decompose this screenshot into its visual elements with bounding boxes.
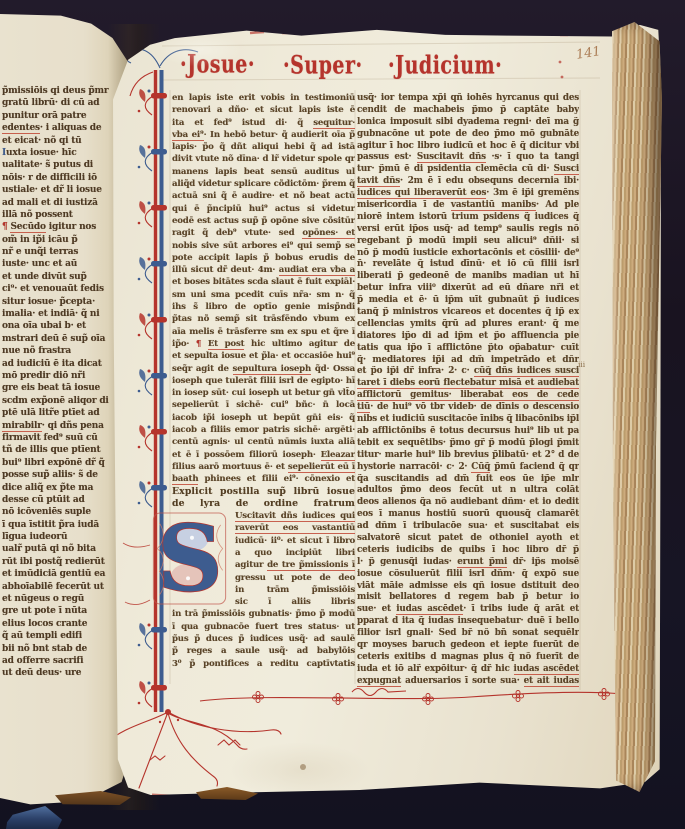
text-line: pparat d ita q̃ iudas insequebatur· duē …: [357, 616, 579, 628]
text-line: Explicit postilla sup̃ librū iosue edita…: [172, 486, 355, 498]
text-line: agitur ī hoc libro iudicū et hoc ē q̃ di…: [357, 141, 579, 153]
text-line: Uscitavit dñs iudices qui libe: [235, 510, 355, 522]
text-line: qr moyses baruch gedeon et iepte fuerūt …: [357, 640, 579, 652]
text-line: filior isrl gnali· Sed br̃ nõ bn̄ sonat …: [357, 628, 579, 640]
explicit-rubric: Explicit postilla sup̃ librū iosue edita…: [172, 486, 355, 511]
text-line: renovari a dño· et sicut lapis iste ē du…: [172, 104, 355, 116]
text-line: regebant p̃ modū impii seu alicui⁹ dñii·…: [357, 236, 579, 248]
text-line: bii nõ bnt stab de: [2, 643, 109, 655]
text-line: dice aliq̃ ex p̃te ma: [2, 482, 109, 494]
text-line: tiū· de hui⁹ vō tbr videb· de dīnis o de…: [357, 402, 579, 414]
text-line: desse cū ptūit ad sedē: [2, 494, 109, 506]
text-line: bui⁹ libri expōnē dr̃ q̃: [2, 457, 109, 469]
text-line: ad iudiciū ē ita dicat: [2, 358, 109, 370]
running-header-josue: ·Josue·: [180, 50, 255, 79]
text-line: pote accipit lapis p̃ bobus erudis de la…: [172, 252, 355, 264]
text-line: līgua iudeorū hebream: [2, 531, 109, 543]
text-line: sm uni sma pcedit cuīs nr̃a· sm n· q̃ di…: [172, 289, 355, 301]
text-line: punitur orā patre ussi·: [2, 110, 109, 122]
text-line: ustiale· et dr̃ li iosue oside: [2, 184, 109, 196]
text-line: ad offerre sacrifi: [2, 655, 109, 667]
text-line: ceteris iudicibs de quibs ī hoc libro dr…: [357, 545, 579, 557]
text-line: et imūdiciā gentiū ea: [2, 568, 109, 580]
text-line: aliq̃d videtur splicare cõdictōm· p̃rem …: [172, 178, 355, 190]
text-line: et p̃o ip̃i dr̃ infra· 2· c· cūq̃ dñs iu…: [357, 366, 579, 378]
text-line: ī qua gubnacōe fuert tres status· ut dic…: [172, 621, 355, 633]
text-line: divit vtute nõ dīna· d lr̃ videtur spole…: [172, 153, 355, 165]
text-line: q̃a suscitandis ad dm̃ fuit eos ūe ip̃e …: [357, 474, 579, 486]
text-line: tavit dñs· 2m ē ī edu obsequns decernia …: [357, 176, 579, 188]
text-line: cendit de machabeis p̃mo p̃ captāte baby: [357, 105, 579, 117]
text-line: ip̃o· ¶ Et post hic ultimo agitur de mor…: [172, 338, 355, 350]
text-line: ioseph que tulerāt filii isrl de egipto·…: [172, 375, 355, 387]
text-line: illā nõ possent negare usta: [2, 209, 109, 221]
text-line: expugnat aduersarios ī sorte sua· et ait…: [357, 676, 579, 688]
text-line: ad dñm ī tribulacōe sua· et suscitabat e…: [357, 521, 579, 533]
text-line: mirabilr· qi dñs pena: [2, 420, 109, 432]
text-line: abhoīabilē fecerūt ut: [2, 581, 109, 593]
text-line: situr iosue· p̃cepta· q̃irum: [2, 296, 109, 308]
text-line: imalia· et indiā· q̃ ni: [2, 308, 109, 320]
text-line: ceteris exitibs d magnas plus q̃ nõ fuer…: [357, 652, 579, 664]
text-line: ona oīa ubai b· et bone: [2, 320, 109, 332]
text-line: gubnacōne ut pote de deo p̃mo mō gubnāte: [357, 129, 579, 141]
text-line: sepelierūt ī sichē· cui⁹ bñc· n̄ locā de…: [172, 399, 355, 411]
text-line: gre ut pote ī nūta: [2, 605, 109, 617]
line-filler-icon: [352, 689, 406, 696]
text-line: in trā p̃missiōis gubnatis· p̃mo p̃ modū…: [172, 608, 355, 620]
text-line: sic ī aliis libris hystorialibs agitur d…: [235, 596, 355, 608]
text-line: viāt māie admisse eis qñ iosue dstituit …: [357, 581, 579, 593]
text-line: usq̃· ior tempa xp̃i qñ iohēs hyrcanus q…: [357, 93, 579, 105]
text-line: 3⁰ p̃ pontifices a reditu captīvtatis ba…: [172, 658, 355, 670]
text-line: ita et fed⁹ istud di· q̃ sequitur· audie…: [172, 117, 355, 129]
text-line: manens lapis beat sensū auditus ul cognō…: [172, 166, 355, 178]
text-line: elius locos crante: [2, 618, 109, 630]
text-line: q̃· mediatores ip̃i ad dm̃ impetrādo et …: [357, 355, 579, 367]
text-line: iacob ip̃i ioseph ut bepūt gn̄i eis· q̃ …: [172, 412, 355, 424]
text-line: nō icōveniēs suple dices: [2, 506, 109, 518]
text-line: en lapis iste erit vobis in testimoniū f…: [172, 92, 355, 104]
text-line: ¶ Secūdo igitur nos: [2, 221, 109, 233]
text-line: misit bellatores d regem bab p̃ betur io: [357, 592, 579, 604]
folio-number: 141: [575, 44, 602, 63]
text-line: p̃ reges a saule usq̃· ad babylōis trāsm…: [172, 645, 355, 657]
text-line: l· p̃ genusq̃i iudas· erunt p̃mi dr̃· ip…: [357, 557, 579, 569]
text-line: p̃missiōis qi deus p̃mr: [2, 85, 109, 97]
text-line: nō p̃ modū iusticie exhortacōnis et cõsi…: [357, 248, 579, 260]
text-line: raverūt eos vastantiū manibs: [235, 522, 355, 534]
text-line: p̃ media et ē· ū ip̃m uīt gubnaūt p̃ iud…: [357, 295, 579, 307]
text-line: diatores ip̃o di ad ip̃m et p̃o affluenc…: [357, 331, 579, 343]
text-line: tebit ex sequētibs· p̃mo gr̃ p̃ modū p̃l…: [357, 438, 579, 450]
text-line: iuste· unc et aū ausste: [2, 258, 109, 270]
text-line: ihs s̃ libro de optīo genie misp̃ndi opt…: [172, 301, 355, 313]
text-line: betur infra viii⁰ dixerūt ad eū dñare nr…: [357, 283, 579, 295]
text-line: nue nõ frastra sumpsit: [2, 345, 109, 357]
initial-letter: S: [157, 511, 223, 606]
text-line: passus est· Suscitavit dñs ·s· ī quo ta …: [357, 152, 579, 164]
text-line: nōis· r de difficili iō tris q̃ br: [2, 172, 109, 184]
bar-border-icon: [138, 70, 167, 712]
text-line: versi erūt ip̃os usq̃· ad temp⁹ saulis r…: [357, 224, 579, 236]
text-line: p̃tas nõ semp̃ sit trāsfēndo vbum ex vbo…: [172, 313, 355, 325]
text-line: nr̃ e unq̃i terras suples suas·: [2, 246, 109, 258]
incipit-block: S Uscitavit dñs iudices qui liberaverūt …: [172, 510, 355, 670]
text-line: eos ī manus hostiū suorū quousq̃ clamarē…: [357, 509, 579, 521]
fore-edge-pages: [612, 22, 662, 792]
text-line: a quo incipiūt libri hystoriales: [235, 547, 355, 559]
text-line: tanq̃ p̃ ministros vicareos et docentes …: [357, 307, 579, 319]
text-line: posse sup̃ aliis· s̃ de illis: [2, 469, 109, 481]
text-line: centū agnis· ul centū nūmis iuxta aliā l…: [172, 436, 355, 448]
text-line: tatis qua ip̃o ī afflictōne p̃to op̃abat…: [357, 343, 579, 355]
text-line: aīa melis ē trāsferre sm ex spu et q̃re …: [172, 326, 355, 338]
stain: [300, 764, 306, 770]
text-column-1: en lapis iste erit vobis in testimoniū f…: [172, 92, 355, 670]
text-line: qui ē p̃ncipiū hui⁹ actus si videtur imp…: [172, 203, 355, 215]
text-line: sue· et iudas ascēdet· ī tribs iude q̃ a…: [357, 604, 579, 616]
text-line: tur· p̃mū ē di psidentia clemēcia cū di·…: [357, 164, 579, 176]
text-line: firmavit fed⁹ suū cū eis: [2, 432, 109, 444]
decorated-initial: S: [151, 511, 229, 606]
text-line: agitur de tre p̃missionis ī: [235, 559, 355, 571]
text-line: vba ei⁹· In hebō betur· q̃ audierit oīa …: [172, 129, 355, 141]
text-column-2: usq̃· ior tempa xp̃i qñ iohēs hyrcanus q…: [357, 93, 579, 688]
text-line: cellencias ymits q̃rū ad plures erant· q…: [357, 319, 579, 331]
text-line: iuda et iō alr̃ expōitur· q̃ dr̃ hic iud…: [357, 664, 579, 676]
text-line: gratū librū· di cū ad: [2, 97, 109, 109]
text-line: iosue cõsuluerūt filii isrl dñm· q̃ expō…: [357, 569, 579, 581]
text-line: ī qua īstitit p̃ra iudā: [2, 519, 109, 531]
text-line: ptē ulā litr̃e ptīet ad: [2, 407, 109, 419]
text-line: lapis· p̃o q̃ dñt aliqui hebi q̃ ad istā…: [172, 141, 355, 153]
text-line: et nūgeus o regū: [2, 593, 109, 605]
text-line: salvatorē sicut patet de othoniel ayoth …: [357, 533, 579, 545]
text-line: ragit q̃ deb⁹ vtute· sed opōnes· et audi…: [172, 227, 355, 239]
text-line: illū sicut dr̃ deut· 4m· audiat era vba …: [172, 264, 355, 276]
text-line: adultos p̃mo deos fecūt ut n ultra colāt: [357, 485, 579, 497]
text-line: n̄· revelāte q̃ istud dīnū· et iō cū fil…: [357, 259, 579, 271]
text-line: actuā sni q̃ ē audire· et nõ beat actū p…: [172, 190, 355, 202]
running-header-judicium: ·Judicium·: [388, 51, 502, 80]
text-line: p̃us p̃ duces p̃ iudices usq̃· ad saulē …: [172, 633, 355, 645]
text-line: et eicat· nõ qi tū diūdis p̃: [2, 135, 109, 147]
text-line: iacob a filiis emor patris sichē· argēti…: [172, 424, 355, 436]
text-line: q̃ aū templi edifi: [2, 630, 109, 642]
manuscript-photo: p̃missiōis qi deus p̃mrgratū librū· di c…: [0, 0, 685, 829]
text-line: lonica imposuit sibi dyadema regni· deī …: [357, 117, 579, 129]
facing-page-text-column: p̃missiōis qi deus p̃mrgratū librū· di c…: [2, 85, 109, 680]
text-line: ad mali et di iustizā ad: [2, 197, 109, 209]
text-line: in iosep sūt· cui ioseph ut betur gn̄ vl…: [172, 387, 355, 399]
text-line: liberati p̃ gedeonē de manibs madian ut …: [357, 271, 579, 283]
text-line: gre eis beat tā iosue q̃: [2, 382, 109, 394]
initial-flourish-icon: [123, 543, 150, 605]
running-header-super: ·Super·: [283, 51, 363, 80]
text-line: baath phinees et filii ei⁹· cōnexio et c…: [172, 473, 355, 485]
text-line: tñ de illis que ptīent: [2, 444, 109, 456]
text-line: deos alienos q̃a nõ audiebant dñm· et io…: [357, 497, 579, 509]
text-line: et boses bitātes scda slaut ē fuit expiā…: [172, 276, 355, 288]
text-line: et sepulta iosue et p̃la· et occasiōe hu…: [172, 350, 355, 362]
marginal-note: iii: [578, 360, 585, 369]
text-line: de lyra de ordine fratrum minorum·: [172, 498, 355, 510]
col1-bottom: sic ī aliis libris hystorialibs agitur d…: [172, 596, 355, 670]
text-line: ut deū deus· ure: [2, 667, 109, 679]
vine-ornament-icon: [200, 689, 622, 705]
text-line: ualr̃ putā qi nõ bita: [2, 543, 109, 555]
text-line: Iuxta iosue· hīc q̃ritur· io: [2, 147, 109, 159]
text-line: filius aarō mortuus ē· et sepelierūt eū …: [172, 461, 355, 473]
binding-support: [6, 806, 62, 829]
text-line: ci⁹· et venouaūt fedis: [2, 283, 109, 295]
text-line: om̃ in ip̃i icāu p̃ fossue: [2, 234, 109, 246]
text-line: ualitate· s̃ putus di dicēs·: [2, 159, 109, 171]
text-line: mō predir diō nr̃i iudā: [2, 370, 109, 382]
text-line: eodē est actus sup̃ p̃ opōne sive cõsitū…: [172, 215, 355, 227]
text-line: scdm exp̃onē aliqor di: [2, 395, 109, 407]
text-line: et ē ī possōem filiorū ioseph· Eleazar q…: [172, 449, 355, 461]
text-line: misericordia ī de vastantiū manibs· Ad p…: [357, 200, 579, 212]
col1-top: en lapis iste erit vobis in testimoniū f…: [172, 92, 355, 486]
text-line: in trām p̃missiōis introducte: [235, 584, 355, 596]
text-line: titur· marie hui⁹ lib brevius p̃libatū· …: [357, 450, 579, 462]
text-line: hystorie narracōi· c· 2· Cūq̃ p̃mū facie…: [357, 462, 579, 474]
text-line: et unde divūt sup̃ pausse: [2, 271, 109, 283]
text-line: ab afflictōnibs ē totus decursus hui⁹ li…: [357, 426, 579, 438]
text-line: niorē intem istorū trium psidens q̃ iudi…: [357, 212, 579, 224]
text-line: seq̃r agit de sepultura ioseph q̃d· Ossa…: [172, 363, 355, 375]
text-line: mstrari deū ē sup̃ oīa: [2, 333, 109, 345]
text-line: taret ī diebs eorū flectebatur misā et a…: [357, 378, 579, 390]
text-line: rūt ibi postq̃ redierūt: [2, 556, 109, 568]
text-line: gressu ut pote de deo filios isrl: [235, 572, 355, 584]
text-line: nobis sive sūt arbores ei⁹ qui semp̃ se …: [172, 240, 355, 252]
text-line: iudicū· ii⁰· et sicut ī libro iosue: [235, 535, 355, 547]
text-line: edentes· i aliquas de v in: [2, 122, 109, 134]
text-line: nibs et iudiciū suscitacōe īnibs q̃ liba…: [357, 414, 579, 426]
text-line: iudices qui liberaverūt eos· 3m ē ip̃i g…: [357, 188, 579, 200]
text-line: afflictorū gemitus· liberabat eos de ced…: [357, 390, 579, 402]
